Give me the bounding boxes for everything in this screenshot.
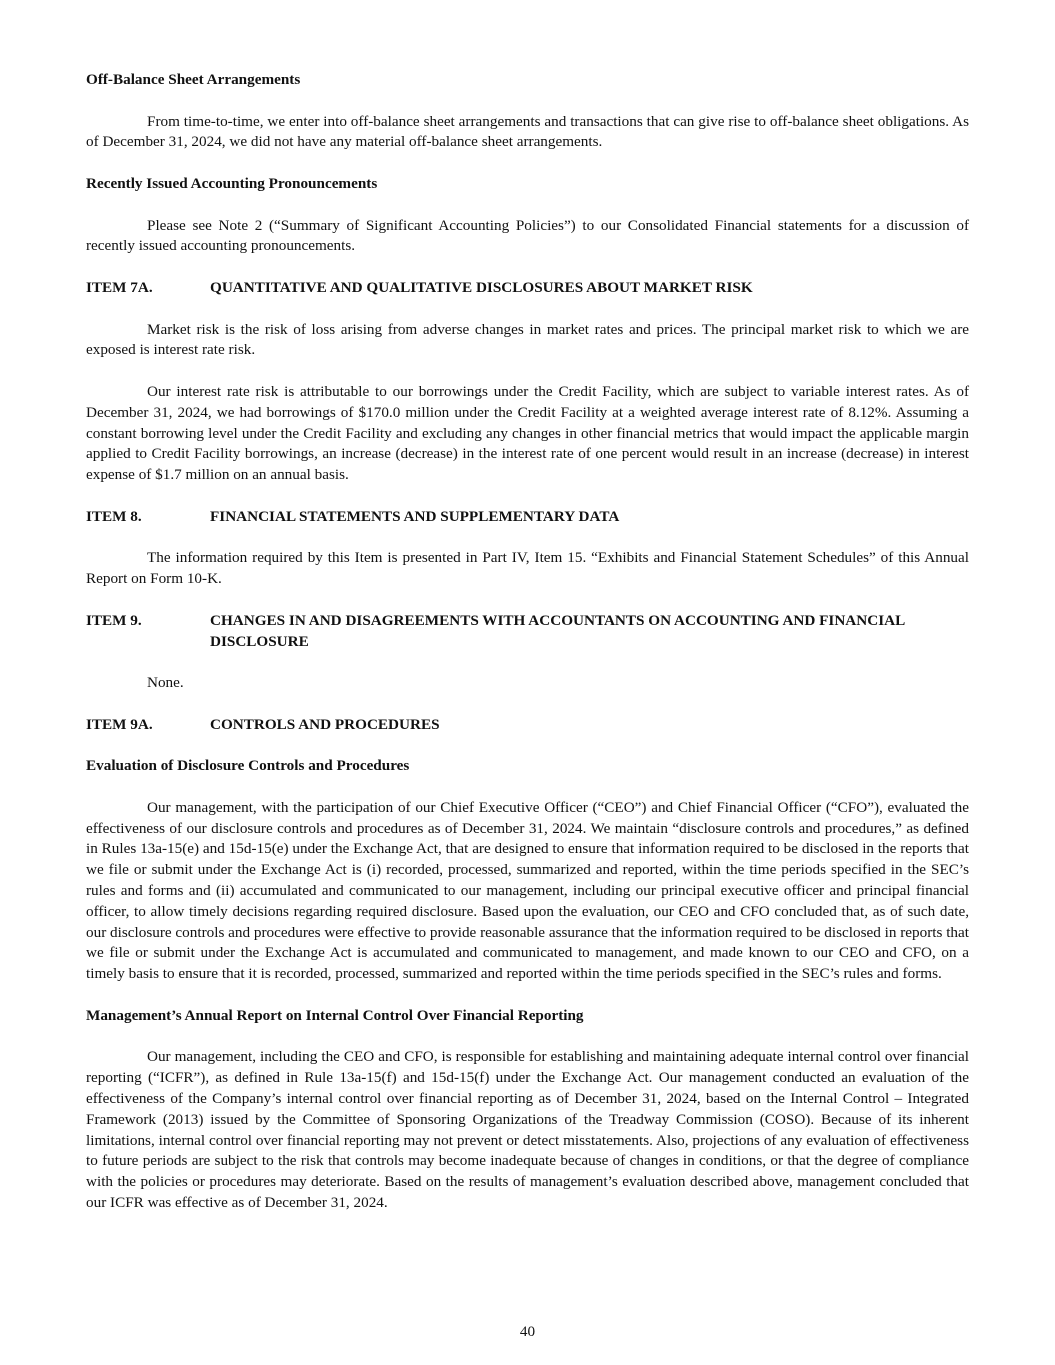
item-7a-heading: ITEM 7A. QUANTITATIVE AND QUALITATIVE DI… (86, 278, 969, 299)
item-9-heading: ITEM 9. CHANGES IN AND DISAGREEMENTS WIT… (86, 611, 969, 653)
paragraph-icfr: Our management, including the CEO and CF… (86, 1047, 969, 1213)
paragraph-disclosure-controls: Our management, with the participation o… (86, 798, 969, 985)
paragraph-none: None. (86, 673, 969, 694)
item-number: ITEM 8. (86, 507, 210, 528)
item-9a-heading: ITEM 9A. CONTROLS AND PROCEDURES (86, 715, 969, 736)
paragraph-market-risk: Market risk is the risk of loss arising … (86, 320, 969, 362)
item-8-heading: ITEM 8. FINANCIAL STATEMENTS AND SUPPLEM… (86, 507, 969, 528)
heading-recent-pronouncements: Recently Issued Accounting Pronouncement… (86, 174, 969, 195)
paragraph-recent-pronouncements: Please see Note 2 (“Summary of Significa… (86, 216, 969, 258)
item-title: QUANTITATIVE AND QUALITATIVE DISCLOSURES… (210, 278, 969, 299)
item-number: ITEM 9. (86, 611, 210, 653)
item-number: ITEM 7A. (86, 278, 210, 299)
paragraph-financial-statements: The information required by this Item is… (86, 548, 969, 590)
heading-disclosure-controls: Evaluation of Disclosure Controls and Pr… (86, 756, 969, 777)
page-number: 40 (0, 1322, 1055, 1343)
paragraph-off-balance-sheet: From time-to-time, we enter into off-bal… (86, 112, 969, 154)
item-number: ITEM 9A. (86, 715, 210, 736)
item-title: FINANCIAL STATEMENTS AND SUPPLEMENTARY D… (210, 507, 969, 528)
heading-off-balance-sheet: Off-Balance Sheet Arrangements (86, 70, 969, 91)
item-title: CONTROLS AND PROCEDURES (210, 715, 969, 736)
document-page: Off-Balance Sheet Arrangements From time… (86, 70, 969, 1214)
paragraph-interest-rate-risk: Our interest rate risk is attributable t… (86, 382, 969, 486)
heading-icfr: Management’s Annual Report on Internal C… (86, 1006, 969, 1027)
item-title: CHANGES IN AND DISAGREEMENTS WITH ACCOUN… (210, 611, 969, 653)
